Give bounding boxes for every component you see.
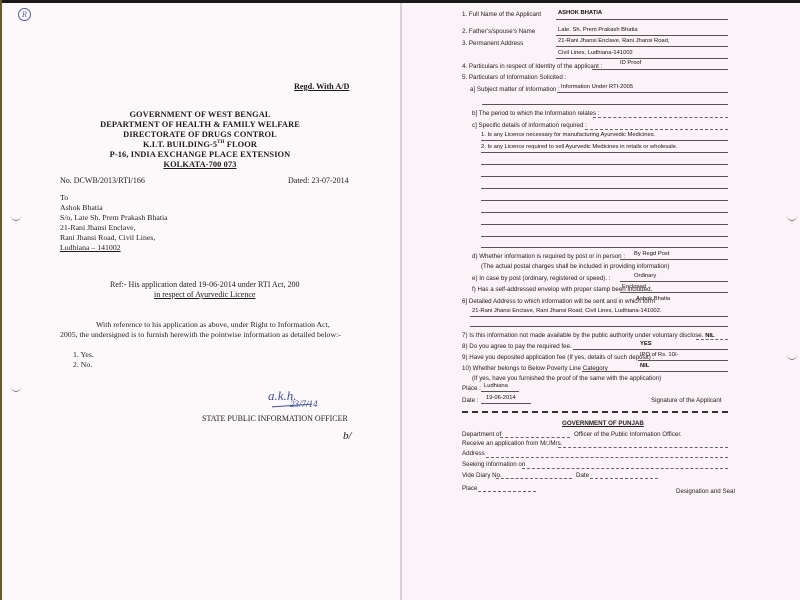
date-label: Date : <box>462 397 479 404</box>
fill-line <box>470 326 728 327</box>
fill-line <box>556 19 728 20</box>
fill-line <box>590 478 658 479</box>
subject-value: Information Under RTI-2005 <box>561 84 633 90</box>
fill-line <box>481 164 728 165</box>
identity-value: ID Proof <box>620 60 641 66</box>
q7-label: 7) Is this information not made availabl… <box>462 332 703 339</box>
fill-line <box>620 259 728 260</box>
reference-line: Ref:- His application dated 19-06-2014 u… <box>110 280 299 289</box>
form-field-label: 9) Have you deposited application fee (I… <box>462 354 654 361</box>
fill-line <box>481 188 728 189</box>
office-dept-label: Department of <box>462 431 501 438</box>
corner-mark: R <box>18 8 31 21</box>
fill-line <box>556 35 728 36</box>
form-field-label: 5. Particulars of Information Solicited … <box>462 74 566 81</box>
information-item: 2. Is any Licence required to sell Ayurv… <box>481 144 677 150</box>
fill-line <box>696 339 728 340</box>
office-address-label: Address <box>462 450 485 457</box>
form-field-label: b] The period to which the Information r… <box>472 110 600 117</box>
fill-line <box>470 316 728 317</box>
office-seeking-label: Seeking information on <box>462 461 525 468</box>
form-field-label: e) In case by post (ordinary, registered… <box>472 275 610 282</box>
date-value: 19-06-2014 <box>486 395 516 401</box>
form-field-label: a] Subject matter of Information : <box>470 86 560 93</box>
signatory-title: STATE PUBLIC INFORMATION OFFICER <box>202 414 348 423</box>
fill-line <box>582 371 728 372</box>
fill-line <box>481 391 519 392</box>
place-value: Ludhiana <box>484 383 508 389</box>
post-type-value: Ordinary <box>634 273 656 279</box>
fill-line <box>620 292 728 293</box>
office-receive-label: Receive an application from Mr./Mrs. <box>462 440 562 447</box>
form-field-label: 8) Do you agree to pay the required fee. <box>462 343 572 350</box>
answer-item: 1. Yes. <box>73 350 94 359</box>
form-field-label: 3. Permanent Address <box>462 40 523 47</box>
fill-line <box>620 281 728 282</box>
fill-line <box>500 437 570 438</box>
fill-line <box>481 403 531 404</box>
header-line: P-16, INDIA EXCHANGE PLACE EXTENSION <box>0 150 400 159</box>
signature-date: 23/7/14 <box>290 399 318 409</box>
fill-line <box>478 491 536 492</box>
fee-agree-value: YES <box>640 341 652 347</box>
address-value-line2: Civil Lines, Ludhiana-141002 <box>558 50 633 56</box>
fill-line <box>585 129 728 130</box>
fill-line <box>481 247 728 248</box>
fill-line <box>556 46 728 47</box>
office-place-label: Place <box>462 485 477 492</box>
place-label: Place : <box>462 385 481 392</box>
address-line: Ashok Bhatia <box>60 203 103 212</box>
office-title: GOVERNMENT OF PUNJAB <box>562 420 644 427</box>
applicant-signature-label: Signature of the Applicant <box>651 397 722 404</box>
fill-line <box>557 92 728 93</box>
address-line: 21-Rani Jhansi Enclave, <box>60 223 136 232</box>
cut-line <box>462 411 728 413</box>
reply-letter-page <box>2 3 400 600</box>
fill-line <box>573 349 728 350</box>
form-field-label: 1. Full Name of the Applicant <box>462 11 541 18</box>
form-note: (The actual postal charges shall be incl… <box>481 263 669 270</box>
form-note: (If yes, have you furnished the proof of… <box>472 375 661 382</box>
form-field-label: 6] Detailed Address to which information… <box>462 298 655 305</box>
fill-line <box>481 212 728 213</box>
fill-line <box>481 140 728 141</box>
delivery-name-value: Ashok Bhatia <box>636 296 670 302</box>
delivery-mode-value: By Regd Post <box>634 251 669 257</box>
form-field-label: d) Whether information is required by po… <box>472 253 625 260</box>
fill-line <box>593 117 728 118</box>
form-field-label: c] Specific details of information requi… <box>472 122 587 129</box>
address-line: S/o, Late Sh. Prem Prakash Bhatia <box>60 213 168 222</box>
fill-line <box>638 360 728 361</box>
address-value: 21-Rani Jhansi Enclave, Rani Jhansi Road… <box>558 38 670 44</box>
answer-item: 2. No. <box>73 360 92 369</box>
form-field-label: 4. Particulars in respect of Identity of… <box>462 63 602 70</box>
fill-line <box>592 69 728 70</box>
header-line: KOLKATA-700 073 <box>0 160 400 169</box>
fill-line <box>481 224 728 225</box>
fill-line <box>496 478 572 479</box>
fill-line <box>522 468 728 469</box>
office-dept-suffix: Officer of the Public Information Office… <box>574 431 682 438</box>
reference-number: No. DCWB/2013/RTI/166 <box>60 176 145 185</box>
form-field-label: 7) Is this information not made availabl… <box>462 332 715 339</box>
address-line: Rani Jhansi Road, Civil Lines, <box>60 233 155 242</box>
fill-line <box>481 176 728 177</box>
body-text: With reference to his application as abo… <box>96 320 330 329</box>
fill-line <box>558 447 728 448</box>
fill-line <box>481 236 728 237</box>
envelope-value: Enclosed <box>622 284 646 290</box>
body-text: 2005, the undersigned is to furnish here… <box>60 330 341 339</box>
header-line: K.I.T. BUILDING-5TH FLOOR <box>0 140 400 149</box>
delivery-address-value: 21-Rani Jhansi Enclave, Rani Jhansi Road… <box>472 308 661 314</box>
fill-line <box>482 104 728 105</box>
scan-left-edge <box>0 0 2 600</box>
regd-with-ad: Regd. With A/D <box>294 82 349 91</box>
fill-line <box>486 457 728 458</box>
bpl-value: NIL <box>640 363 649 369</box>
fill-line <box>556 58 728 59</box>
father-name-value: Late. Sh. Prem Prakash Bhatia <box>558 27 638 33</box>
header-line: GOVERNMENT OF WEST BENGAL <box>0 110 400 119</box>
office-date-label: Date <box>576 472 589 479</box>
applicant-name-value: ASHOK BHATIA <box>558 10 602 16</box>
fee-deposit-value: IPO of Rs. 10/- <box>640 352 678 358</box>
initial-mark: b/ <box>343 430 352 442</box>
information-item: 1. Is any Licence necessary for manufact… <box>481 132 655 138</box>
form-field-label: 2. Father's/spouse's Name <box>462 28 535 35</box>
designation-seal-label: Designation and Seal <box>676 488 735 495</box>
header-line: DIRECTORATE OF DRUGS CONTROL <box>0 130 400 139</box>
header-line: DEPARTMENT OF HEALTH & FAMILY WELFARE <box>0 120 400 129</box>
to-label: To <box>60 193 68 202</box>
reference-subject: in respect of Ayurvedic Licence <box>154 290 255 299</box>
address-line: Ludhiana – 141002 <box>60 243 121 252</box>
letter-date: Dated: 23-07-2014 <box>288 176 349 185</box>
fill-line <box>481 200 728 201</box>
fill-line <box>481 152 728 153</box>
page-divider <box>400 3 402 600</box>
